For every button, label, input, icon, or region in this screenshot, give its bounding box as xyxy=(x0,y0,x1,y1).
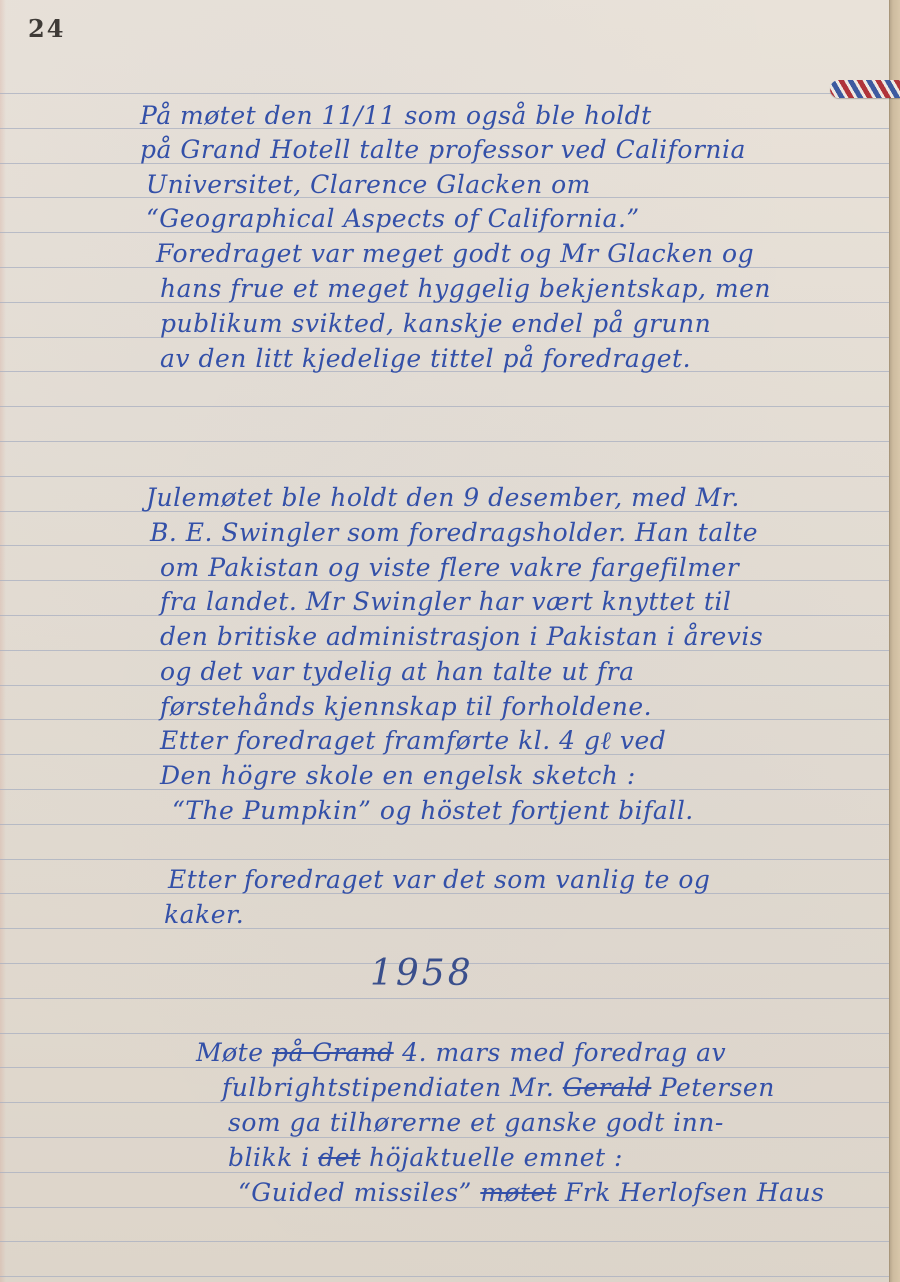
text-fragment: höjaktuelle emnet : xyxy=(361,1143,623,1172)
text-line: publikum svikted, kanskje endel på grunn xyxy=(160,311,711,336)
text-line: førstehånds kjennskap til forholdene. xyxy=(160,694,652,719)
year-heading: 1958 xyxy=(370,956,474,992)
text-line: Møte på Grand 4. mars med foredrag av xyxy=(196,1040,726,1065)
text-fragment: 4. mars med foredrag av xyxy=(394,1038,726,1067)
text-line: blikk i det höjaktuelle emnet : xyxy=(228,1145,623,1170)
rule-line xyxy=(0,1033,892,1034)
text-line: “The Pumpkin” og höstet fortjent bifall. xyxy=(172,798,694,823)
text-fragment: Møte xyxy=(196,1038,272,1067)
text-line: hans frue et meget hyggelig bekjentskap,… xyxy=(160,276,771,301)
rule-line xyxy=(0,1241,892,1242)
rule-line xyxy=(0,998,892,999)
text-line: fra landet. Mr Swingler har vært knyttet… xyxy=(160,589,731,614)
text-line: og det var tydelig at han talte ut fra xyxy=(160,659,635,684)
text-line: som ga tilhørerne et ganske godt inn- xyxy=(228,1110,724,1135)
text-line: om Pakistan og viste flere vakre fargefi… xyxy=(160,555,739,580)
text-fragment: “Guided missiles” xyxy=(238,1178,480,1207)
struck-text: møtet xyxy=(480,1178,556,1207)
text-fragment: fulbrightstipendiaten Mr. xyxy=(222,1073,563,1102)
text-line: Universitet, Clarence Glacken om xyxy=(146,172,591,197)
text-line: Etter foredraget framførte kl. 4 gℓ ved xyxy=(160,728,666,753)
text-fragment: Frk Herlofsen Haus xyxy=(556,1178,824,1207)
binding-cord xyxy=(830,80,900,98)
text-line: Foredraget var meget godt og Mr Glacken … xyxy=(156,241,754,266)
text-line: fulbrightstipendiaten Mr. Gerald Peterse… xyxy=(222,1075,775,1100)
text-line: Julemøtet ble holdt den 9 desember, med … xyxy=(146,485,740,510)
text-line: av den litt kjedelige tittel på foredrag… xyxy=(160,346,691,371)
text-line: på Grand Hotell talte professor ved Cali… xyxy=(140,137,746,162)
rule-line xyxy=(0,1172,892,1173)
rule-line xyxy=(0,476,892,477)
text-line: “Geographical Aspects of California.” xyxy=(146,206,640,231)
rule-line xyxy=(0,441,892,442)
text-fragment: blikk i xyxy=(228,1143,318,1172)
text-line: “Guided missiles” møtet Frk Herlofsen Ha… xyxy=(238,1180,824,1205)
rule-line xyxy=(0,1067,892,1068)
rule-line xyxy=(0,406,892,407)
text-line: På møtet den 11/11 som også ble holdt xyxy=(140,103,652,128)
struck-text: på Grand xyxy=(272,1038,394,1067)
text-fragment: Petersen xyxy=(651,1073,774,1102)
rule-line xyxy=(0,859,892,860)
page-edge xyxy=(889,0,900,1282)
rule-line xyxy=(0,928,892,929)
rule-line xyxy=(0,93,892,94)
rule-line xyxy=(0,1102,892,1103)
text-line: Etter foredraget var det som vanlig te o… xyxy=(168,867,710,892)
notebook-page: 24 På møtet den 11/11 som også ble holdt… xyxy=(0,0,900,1282)
text-line: kaker. xyxy=(164,902,244,927)
rule-line xyxy=(0,1207,892,1208)
struck-text: Gerald xyxy=(563,1073,652,1102)
rule-line xyxy=(0,1137,892,1138)
text-line: B. E. Swingler som foredragsholder. Han … xyxy=(150,520,758,545)
rule-line xyxy=(0,1276,892,1277)
text-line: Den högre skole en engelsk sketch : xyxy=(160,763,636,788)
page-number: 24 xyxy=(28,14,65,43)
text-line: den britiske administrasjon i Pakistan i… xyxy=(160,624,763,649)
struck-text: det xyxy=(318,1143,360,1172)
